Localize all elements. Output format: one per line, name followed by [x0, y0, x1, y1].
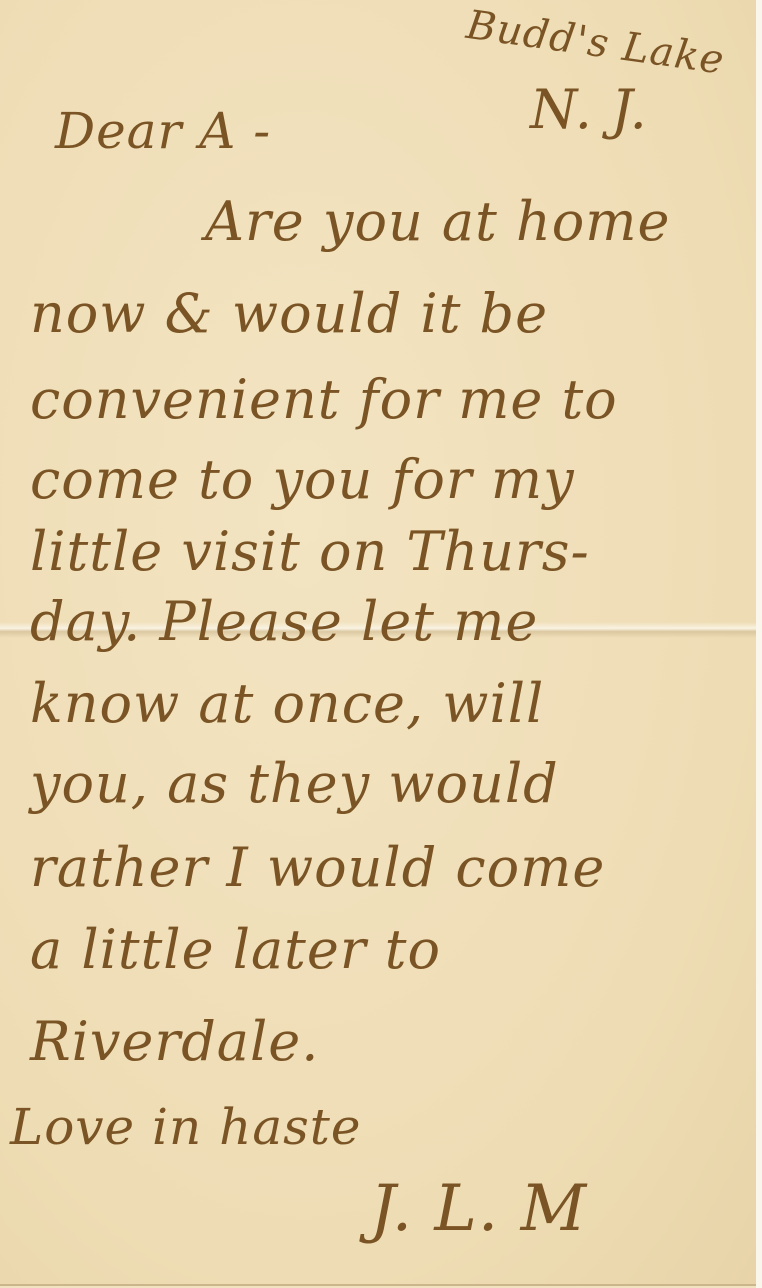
paper-edge: [756, 0, 762, 1288]
body-line: Riverdale.: [30, 1010, 319, 1073]
body-line: know at once, will: [30, 672, 544, 735]
place-line-2: N. J.: [530, 78, 648, 141]
body-line: a little later to: [30, 918, 441, 981]
body-line: little visit on Thurs-: [30, 520, 590, 583]
body-line: come to you for my: [30, 448, 575, 511]
closing: Love in haste: [10, 1098, 361, 1156]
body-line: convenient for me to: [30, 368, 618, 431]
body-line: now & would it be: [30, 282, 548, 345]
salutation: Dear A -: [55, 102, 271, 160]
body-line: Are you at home: [205, 190, 670, 253]
body-line: day. Please let me: [30, 590, 538, 653]
body-line: rather I would come: [30, 836, 605, 899]
signature: J. L. M: [370, 1172, 587, 1246]
body-line: you, as they would: [30, 752, 559, 815]
